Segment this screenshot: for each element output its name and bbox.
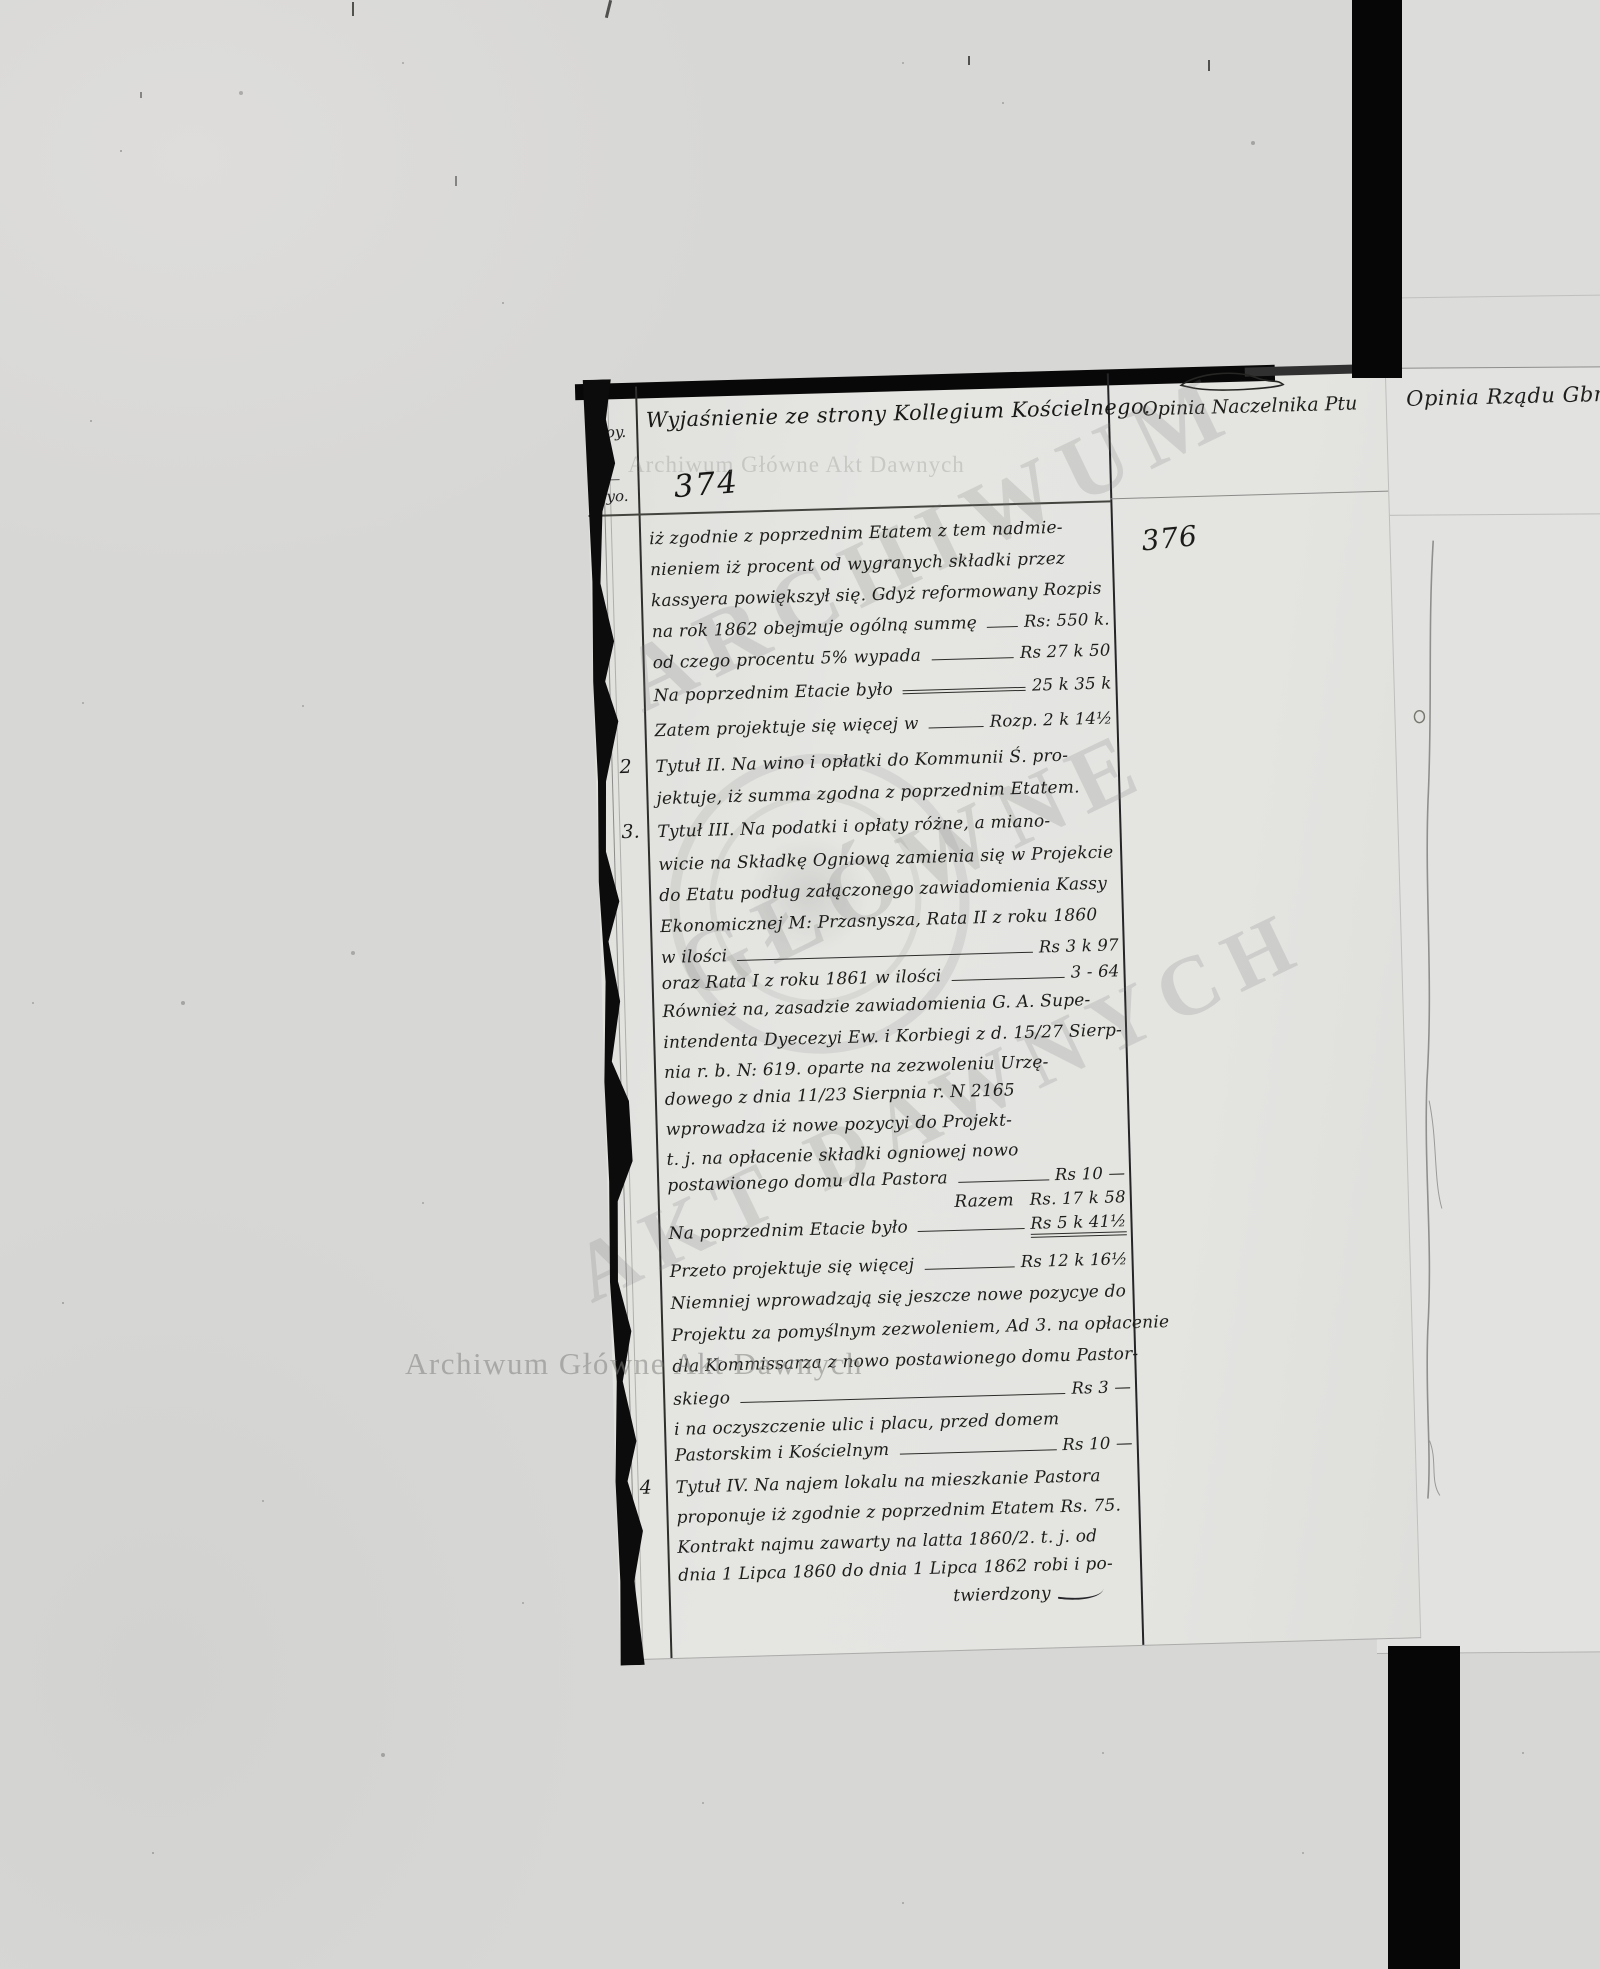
manuscript-text: i na oczyszczenie ulic i placu, przed do…	[674, 1409, 1060, 1440]
page-crease-line	[1411, 540, 1478, 1500]
amount-value: Rs. 17 k 58	[1030, 1187, 1127, 1209]
leader-rule	[899, 1449, 1056, 1454]
manuscript-line: wprowadza iż nowe pozycyi do Projekt-	[665, 1107, 1123, 1140]
manuscript-line: na rok 1862 obejmuje ogólną summęRs: 550…	[652, 609, 1110, 642]
torn-page-edge	[577, 379, 657, 1666]
amount-value: Rs 3 —	[1071, 1377, 1131, 1398]
manuscript-line: Kontrakt najmu zawarty na latta 1860/2. …	[677, 1525, 1135, 1558]
manuscript-line: intendenta Dyecezyi Ew. i Korbiegi z d. …	[663, 1020, 1121, 1053]
manuscript-line: kassyera powiększył się. Gdyż reformowan…	[651, 578, 1109, 611]
manuscript-text: Niemniej wprowadzają się jeszcze nowe po…	[670, 1281, 1126, 1314]
manuscript-text: Przeto projektuje się więcej	[669, 1255, 914, 1282]
header-rule	[1369, 513, 1600, 516]
manuscript-line: 3.Tytuł III. Na podatki i opłaty różne, …	[657, 809, 1115, 842]
item-number: 4	[639, 1477, 652, 1499]
manuscript-line: Projektu za pomyślnym zezwoleniem, Ad 3.…	[671, 1313, 1129, 1346]
manuscript-line: nia r. b. N: 619. oparte na zezwoleniu U…	[664, 1050, 1122, 1083]
manuscript-line: wicie na Składkę Ogniową zamienia się w …	[658, 842, 1116, 875]
film-speckles	[0, 0, 2, 2]
manuscript-text: postawionego domu dla Pastora	[667, 1168, 948, 1196]
manuscript-text: proponuje iż zgodnie z poprzednim Etatem…	[676, 1495, 1121, 1527]
amount-value: 3 - 64	[1070, 961, 1119, 981]
leader-rule	[903, 687, 1026, 694]
amount-value: Rs 27 k 50	[1020, 640, 1111, 662]
column-header-opinion-rzadu: Opinia Rządu Gbnego	[1406, 381, 1600, 411]
manuscript-text: iż zgodnie z poprzednim Etatem z tem nad…	[649, 518, 1063, 550]
manuscript-text: nia r. b. N: 619. oparte na zezwoleniu U…	[664, 1052, 1049, 1083]
manuscript-text: dowego z dnia 11/23 Sierpnia r. N 2165	[665, 1080, 1016, 1110]
manuscript-line: Pastorskim i KościelnymRs 10 —	[675, 1433, 1133, 1466]
microfilm-scan: Opinia Rządu Gbnego ARCHIWUM GŁÓWNE AKT …	[0, 0, 1600, 1969]
manuscript-line: Przeto projektuje się więcejRs 12 k 16½	[669, 1249, 1127, 1282]
manuscript-text: t. j. na opłacenie składki ogniowej nowo	[666, 1140, 1019, 1170]
leader-rule	[952, 977, 1065, 981]
manuscript-text: do Etatu podług załączonego zawiadomieni…	[659, 874, 1107, 907]
manuscript-line: Niemniej wprowadzają się jeszcze nowe po…	[670, 1281, 1128, 1314]
leader-rule	[931, 657, 1014, 660]
amount-value: 25 k 35 k	[1032, 673, 1112, 694]
left-page: ARCHIWUM GŁÓWNE AKT DAWNYCH 6oy. eyo. Wy…	[585, 366, 1421, 1661]
leader-rule	[929, 726, 984, 729]
item-number: 3.	[621, 821, 640, 844]
amount-value: Rs 10 —	[1062, 1433, 1133, 1454]
manuscript-line: Zatem projektuje się więcej wRozp. 2 k 1…	[654, 708, 1112, 741]
film-gap-bar-bottom	[1388, 1646, 1460, 1969]
film-mark	[1208, 60, 1210, 71]
manuscript-text: dnia 1 Lipca 1860 do dnia 1 Lipca 1862 r…	[678, 1554, 1113, 1586]
manuscript-text: intendenta Dyecezyi Ew. i Korbiegi z d. …	[663, 1020, 1122, 1053]
manuscript-line: 4Tytuł IV. Na najem lokalu na mieszkanie…	[675, 1465, 1133, 1498]
manuscript-line: jektuje, iż summa zgodna z poprzednim Et…	[656, 776, 1114, 809]
manuscript-text: w ilości	[661, 946, 728, 968]
manuscript-line: Również na, zasadzie zawiadomienia G. A.…	[662, 989, 1120, 1022]
manuscript-text: Na poprzednim Etacie było	[668, 1217, 908, 1244]
leader-rule	[737, 952, 1033, 961]
manuscript-text: kassyera powiększył się. Gdyż reformowan…	[651, 579, 1102, 612]
folio-number-376: 376	[1140, 519, 1199, 557]
manuscript-line: do Etatu podług załączonego zawiadomieni…	[659, 873, 1117, 906]
amount-value: Rs 5 k 41½	[1030, 1211, 1127, 1238]
leader-rule	[924, 1266, 1015, 1270]
manuscript-body: iż zgodnie z poprzednim Etatem z tem nad…	[645, 374, 1138, 1658]
archive-watermark-text: Archiwum Główne Akt Dawnych	[628, 452, 965, 478]
leader-rule	[987, 626, 1018, 628]
manuscript-line: od czego procentu 5% wypadaRs 27 k 50	[652, 640, 1110, 673]
leader-rule	[740, 1393, 1065, 1403]
manuscript-text: Na poprzednim Etacie było	[653, 680, 893, 707]
manuscript-text: jektuje, iż summa zgodna z poprzednim Et…	[656, 777, 1080, 809]
manuscript-text: na rok 1862 obejmuje ogólną summę	[652, 613, 978, 642]
manuscript-text: skiego	[673, 1388, 730, 1410]
manuscript-line: Ekonomicznej M: Przasnysza, Rata II z ro…	[660, 904, 1118, 937]
manuscript-line: dowego z dnia 11/23 Sierpnia r. N 2165	[665, 1077, 1123, 1110]
manuscript-text: Tytuł IV. Na najem lokalu na mieszkanie …	[675, 1466, 1100, 1498]
signature-flourish-icon	[1058, 1581, 1104, 1605]
film-mark	[968, 56, 970, 65]
page-edge-line	[1402, 295, 1600, 299]
amount-value: Rs: 550 k.	[1024, 609, 1110, 630]
manuscript-text: Zatem projektuje się więcej w	[654, 714, 919, 741]
amount-value: Rs 12 k 16½	[1020, 1249, 1127, 1271]
item-number: 2	[619, 756, 632, 778]
manuscript-line: skiegoRs 3 —	[673, 1377, 1131, 1410]
manuscript-line: nieniem iż procent od wygranych składki …	[650, 547, 1108, 580]
film-mark	[455, 176, 457, 186]
manuscript-line: 2Tytuł II. Na wino i opłatki do Kommunii…	[655, 744, 1113, 777]
manuscript-text: Również na, zasadzie zawiadomienia G. A.…	[662, 990, 1091, 1022]
amount-value: Rs 10 —	[1055, 1163, 1126, 1184]
manuscript-text: Razem	[954, 1190, 1014, 1212]
leader-rule	[958, 1179, 1049, 1183]
film-mark	[605, 0, 612, 18]
manuscript-text: nieniem iż procent od wygranych składki …	[650, 549, 1066, 581]
manuscript-text: Projektu za pomyślnym zezwoleniem, Ad 3.…	[671, 1312, 1169, 1346]
manuscript-line: iż zgodnie z poprzednim Etatem z tem nad…	[649, 516, 1107, 549]
leader-rule	[918, 1228, 1024, 1232]
manuscript-text: Ekonomicznej M: Przasnysza, Rata II z ro…	[660, 905, 1098, 937]
film-mark	[352, 2, 354, 16]
manuscript-text: oraz Rata I z roku 1861 w ilości	[661, 966, 941, 994]
right-page-margin	[1402, 0, 1600, 372]
manuscript-line: proponuje iż zgodnie z poprzednim Etatem…	[676, 1495, 1134, 1528]
manuscript-text: Tytuł III. Na podatki i opłaty różne, a …	[657, 811, 1050, 842]
archive-watermark-text: Archiwum Główne Akt Dawnych	[405, 1346, 863, 1382]
manuscript-text: Pastorskim i Kościelnym	[675, 1440, 890, 1466]
manuscript-line: oraz Rata I z roku 1861 w ilości3 - 64	[661, 961, 1119, 994]
manuscript-text: Tytuł II. Na wino i opłatki do Kommunii …	[655, 746, 1068, 778]
manuscript-text: Kontrakt najmu zawarty na latta 1860/2. …	[677, 1526, 1097, 1558]
manuscript-text: wprowadza iż nowe pozycyi do Projekt-	[665, 1110, 1012, 1140]
manuscript-line: Na poprzednim Etacie było25 k 35 k	[653, 673, 1111, 706]
amount-value: Rozp. 2 k 14½	[990, 708, 1113, 730]
manuscript-text: od czego procentu 5% wypada	[652, 646, 921, 673]
manuscript-text: twierdzony	[953, 1583, 1051, 1606]
manuscript-text: wicie na Składkę Ogniową zamienia się w …	[658, 842, 1114, 875]
film-mark	[140, 92, 142, 98]
amount-value: Rs 3 k 97	[1039, 935, 1119, 956]
manuscript-line: twierdzony	[679, 1581, 1137, 1614]
film-gap-bar-top	[1352, 0, 1402, 378]
